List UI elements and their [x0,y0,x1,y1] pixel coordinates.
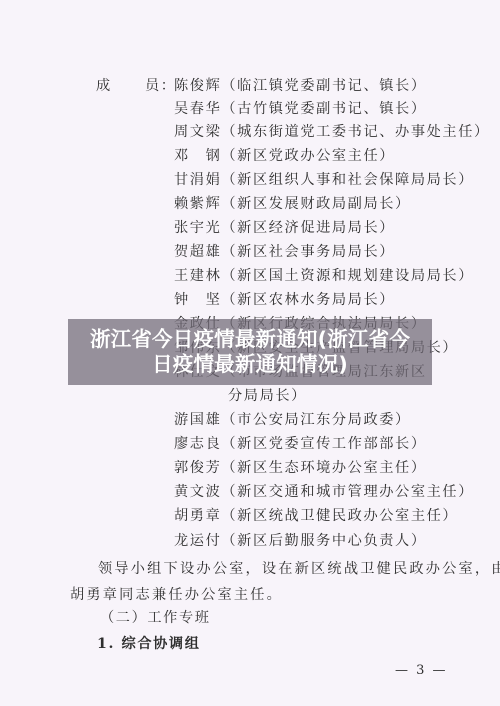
members-label-right: 员： [145,77,177,95]
member-line: 钟 坚（新区农林水务局局长） [174,291,395,309]
member-line: 龙运付（新区后勤服务中心负责人） [174,532,427,550]
member-line: 王建林（新区国土资源和规划建设局局长） [174,267,474,285]
paragraph-line: 领导小组下设办公室，设在新区统战卫健民政办公室，由 [98,560,500,578]
member-line: 吴春华（古竹镇党委副书记、镇长） [174,100,427,118]
member-line: 陈俊辉（临江镇党委副书记、镇长） [174,77,427,95]
member-line: 周文梁（城东街道党工委书记、办事处主任） [174,123,490,141]
members-label-left: 成 [96,77,112,95]
overlay-title-line2: 日疫情最新通知情况) [152,352,348,377]
member-line: 廖志良（新区党委宣传工作部部长） [174,435,427,453]
member-line: 邓 钢（新区党政办公室主任） [174,147,395,165]
member-line: 贺超雄（新区社会事务局局长） [174,243,395,261]
member-line-continuation: 分局局长） [228,387,307,405]
section-heading: （二）工作专班 [100,609,211,627]
member-line: 黄文波（新区交通和城市管理办公室主任） [174,483,474,501]
member-line: 游国雄（市公安局江东分局政委） [174,411,411,429]
member-line: 胡勇章（新区统战卫健民政办公室主任） [174,507,458,525]
member-line: 张宇光（新区经济促进局局长） [174,219,395,237]
paragraph-line: 胡勇章同志兼任办公室主任。 [70,586,283,604]
member-line: 赖紫辉（新区发展财政局副局长） [174,195,411,213]
member-line: 郭俊芳（新区生态环境办公室主任） [174,459,427,477]
overlay-title-line1: 浙江省今日疫情最新通知(浙江省今 [90,327,410,352]
title-overlay-banner: 浙江省今日疫情最新通知(浙江省今 日疫情最新通知情况) [68,319,432,385]
member-line: 甘涓娟（新区组织人事和社会保障局局长） [174,171,474,189]
page-number: — 3 — [395,663,448,678]
subsection-heading: 1. 综合协调组 [97,635,201,653]
